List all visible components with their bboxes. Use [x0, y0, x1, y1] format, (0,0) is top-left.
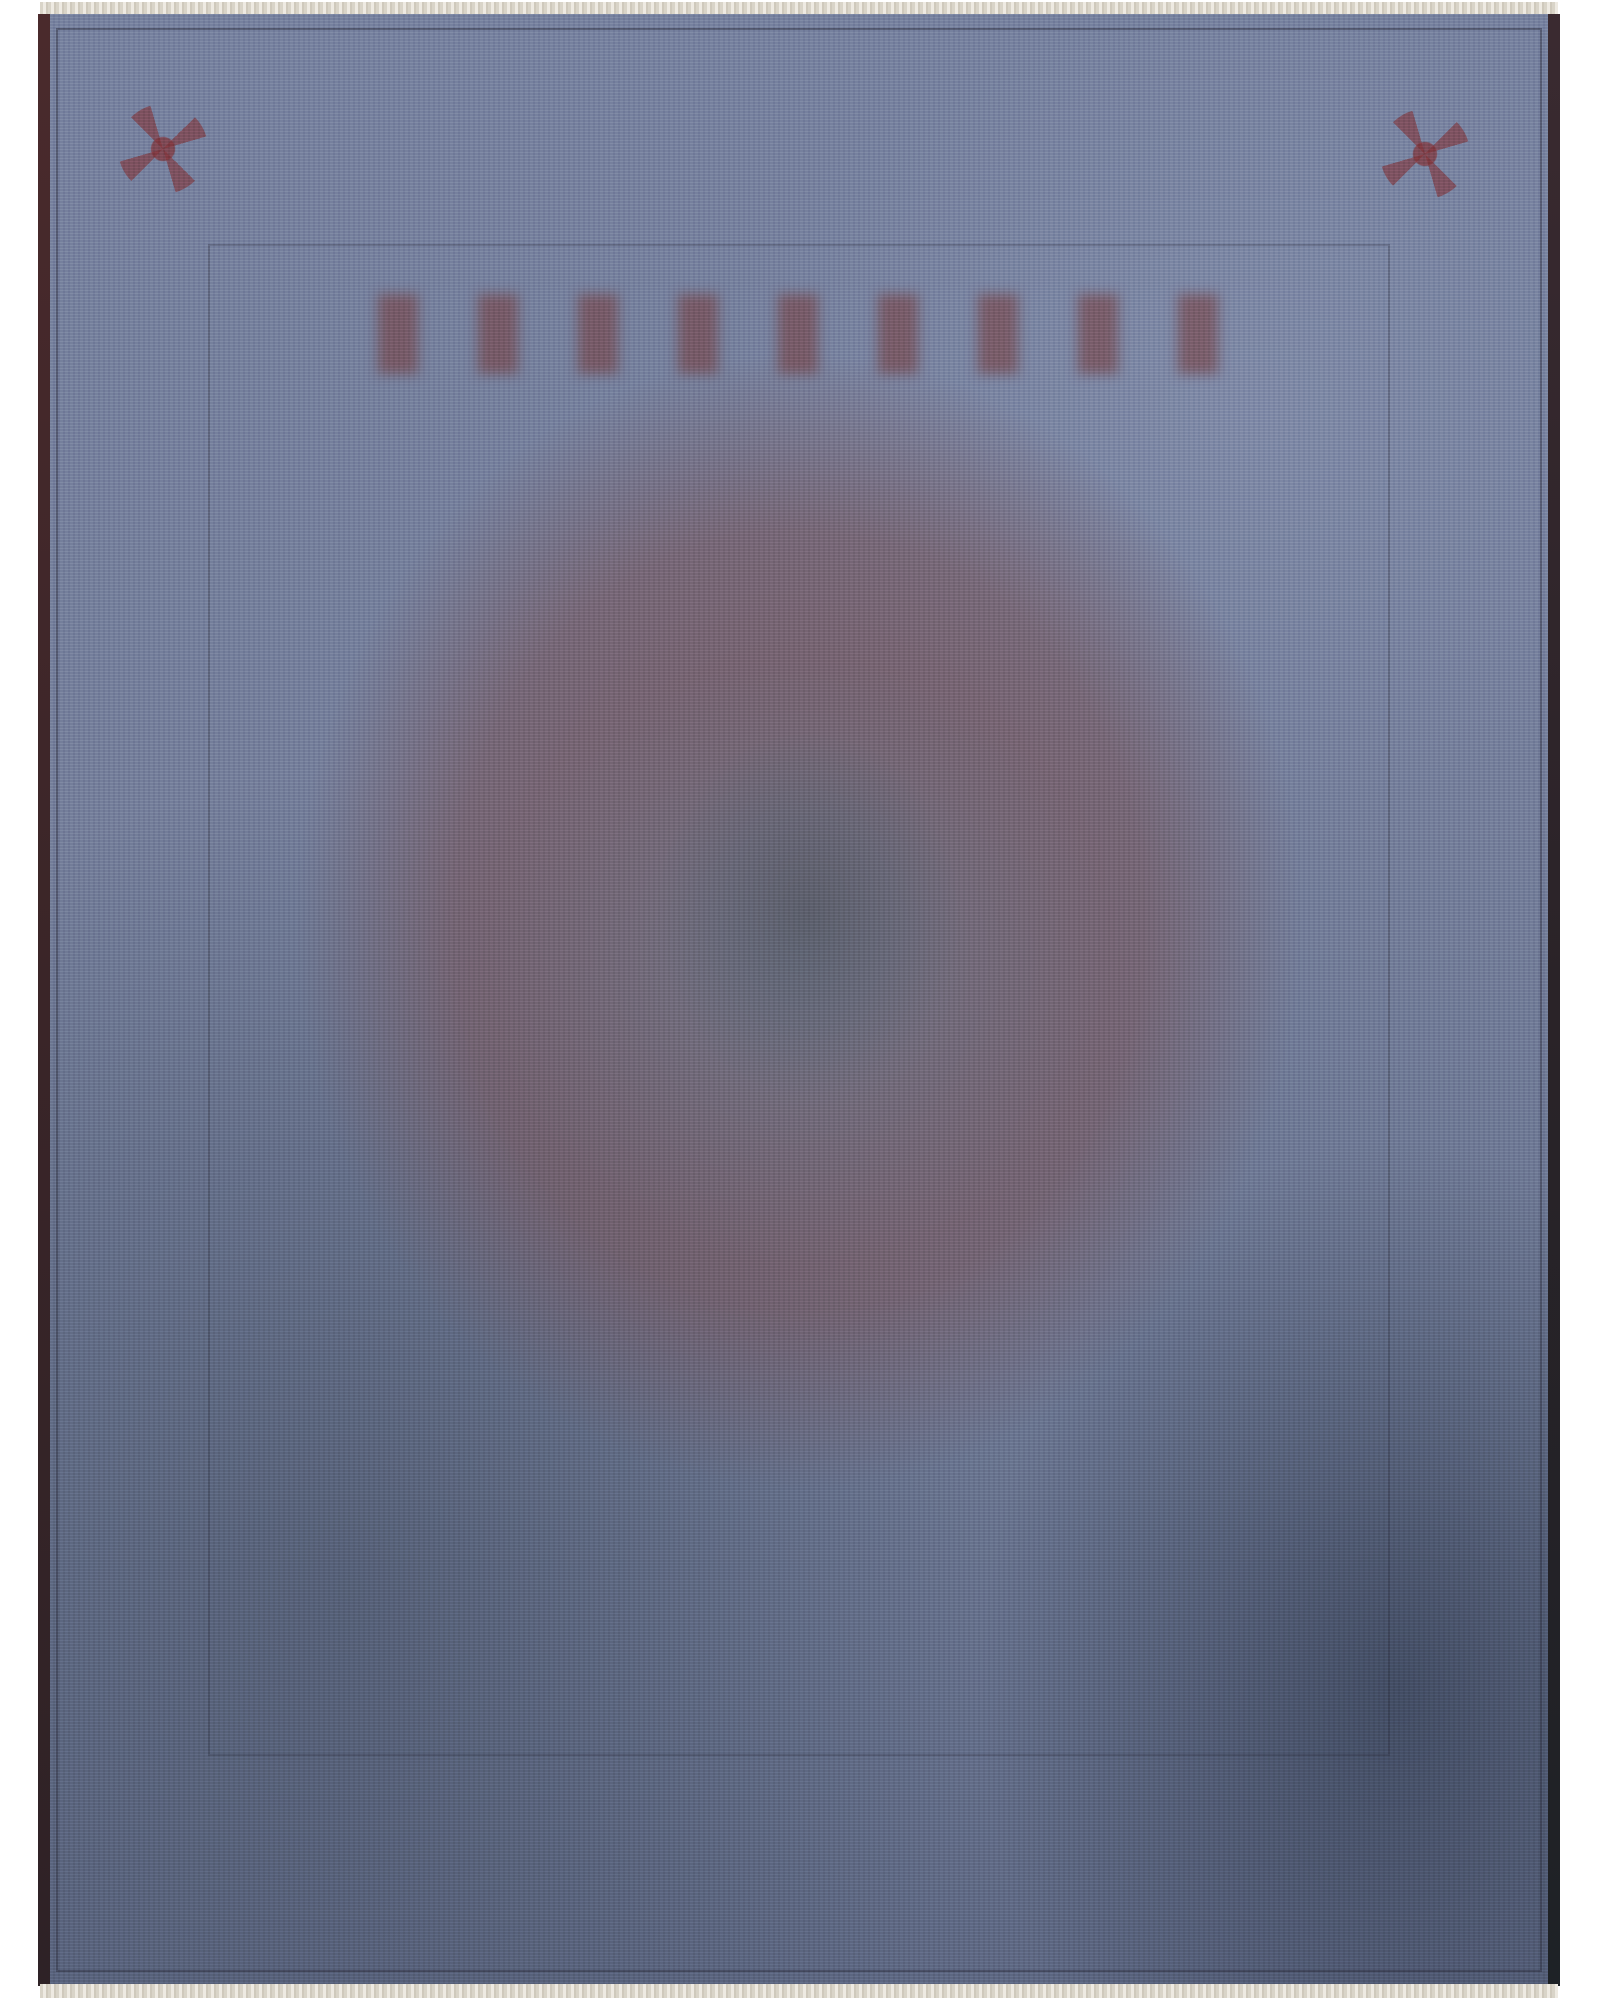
right-selvedge	[1548, 14, 1560, 1986]
left-selvedge	[38, 14, 50, 1986]
rug	[38, 14, 1560, 1986]
bottom-fringe	[40, 1984, 1558, 1998]
pile-texture	[38, 14, 1560, 1986]
